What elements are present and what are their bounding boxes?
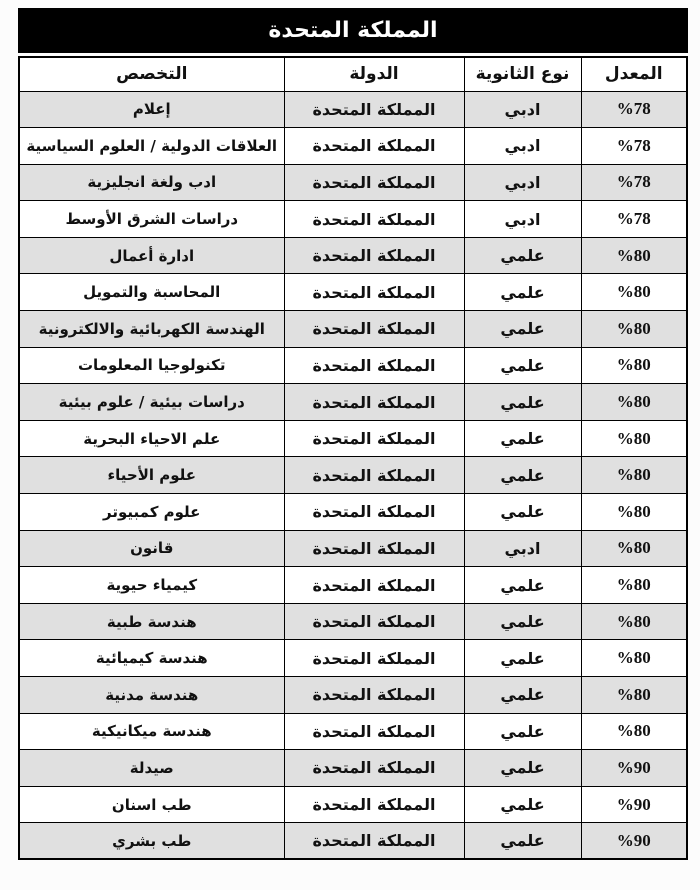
cell-rate: %78: [581, 128, 687, 165]
cell-country: المملكة المتحدة: [284, 201, 464, 238]
cell-school_type: علمي: [464, 420, 581, 457]
cell-major: المحاسبة والتمويل: [19, 274, 284, 311]
cell-major: طب اسنان: [19, 786, 284, 823]
cell-major: دراسات بيئية / علوم بيئية: [19, 384, 284, 421]
cell-rate: %90: [581, 823, 687, 860]
cell-country: المملكة المتحدة: [284, 640, 464, 677]
cell-country: المملكة المتحدة: [284, 237, 464, 274]
table-body: %78ادبيالمملكة المتحدةإعلام%78ادبيالمملك…: [19, 91, 687, 859]
cell-school_type: ادبي: [464, 128, 581, 165]
table-title-bar: المملكة المتحدة: [18, 8, 688, 53]
cell-school_type: علمي: [464, 823, 581, 860]
cell-rate: %80: [581, 457, 687, 494]
cell-major: تكنولوجيا المعلومات: [19, 347, 284, 384]
cell-school_type: علمي: [464, 713, 581, 750]
table-row: %80علميالمملكة المتحدةعلوم كمبيوتر: [19, 494, 687, 531]
cell-country: المملكة المتحدة: [284, 164, 464, 201]
cell-school_type: علمي: [464, 786, 581, 823]
cell-school_type: ادبي: [464, 201, 581, 238]
table-row: %78ادبيالمملكة المتحدةإعلام: [19, 91, 687, 128]
cell-school_type: ادبي: [464, 91, 581, 128]
cell-rate: %80: [581, 347, 687, 384]
cell-rate: %80: [581, 713, 687, 750]
table-row: %80علميالمملكة المتحدةالهندسة الكهربائية…: [19, 311, 687, 348]
table-row: %80علميالمملكة المتحدةادارة أعمال: [19, 237, 687, 274]
cell-country: المملكة المتحدة: [284, 457, 464, 494]
cell-rate: %80: [581, 494, 687, 531]
cell-school_type: علمي: [464, 750, 581, 787]
table-row: %80علميالمملكة المتحدةكيمياء حيوية: [19, 567, 687, 604]
cell-major: هندسة مدنية: [19, 677, 284, 714]
cell-major: كيمياء حيوية: [19, 567, 284, 604]
cell-school_type: علمي: [464, 494, 581, 531]
cell-major: الهندسة الكهربائية والالكترونية: [19, 311, 284, 348]
cell-country: المملكة المتحدة: [284, 786, 464, 823]
table-header-row: المعدل نوع الثانوية الدولة التخصص: [19, 57, 687, 91]
cell-country: المملكة المتحدة: [284, 311, 464, 348]
table-row: %90علميالمملكة المتحدةطب بشري: [19, 823, 687, 860]
cell-school_type: علمي: [464, 677, 581, 714]
cell-school_type: علمي: [464, 274, 581, 311]
header-country: الدولة: [284, 57, 464, 91]
table-title: المملكة المتحدة: [268, 18, 437, 43]
cell-rate: %78: [581, 91, 687, 128]
cell-country: المملكة المتحدة: [284, 347, 464, 384]
cell-rate: %80: [581, 567, 687, 604]
table-row: %78ادبيالمملكة المتحدةالعلاقات الدولية /…: [19, 128, 687, 165]
cell-rate: %90: [581, 786, 687, 823]
table-row: %80علميالمملكة المتحدةدراسات بيئية / علو…: [19, 384, 687, 421]
table-row: %78ادبيالمملكة المتحدةدراسات الشرق الأوس…: [19, 201, 687, 238]
cell-rate: %80: [581, 603, 687, 640]
header-rate: المعدل: [581, 57, 687, 91]
header-school-type: نوع الثانوية: [464, 57, 581, 91]
cell-school_type: ادبي: [464, 164, 581, 201]
cell-major: العلاقات الدولية / العلوم السياسية: [19, 128, 284, 165]
table-row: %78ادبيالمملكة المتحدةادب ولغة انجليزية: [19, 164, 687, 201]
cell-rate: %80: [581, 420, 687, 457]
table-head: المعدل نوع الثانوية الدولة التخصص: [19, 57, 687, 91]
cell-school_type: علمي: [464, 640, 581, 677]
cell-school_type: علمي: [464, 347, 581, 384]
table-row: %80علميالمملكة المتحدةهندسة ميكانيكية: [19, 713, 687, 750]
table-row: %80علميالمملكة المتحدةهندسة مدنية: [19, 677, 687, 714]
cell-major: هندسة كيميائية: [19, 640, 284, 677]
cell-major: علوم الأحياء: [19, 457, 284, 494]
cell-country: المملكة المتحدة: [284, 750, 464, 787]
table-row: %90علميالمملكة المتحدةصيدلة: [19, 750, 687, 787]
cell-major: صيدلة: [19, 750, 284, 787]
cell-school_type: علمي: [464, 311, 581, 348]
cell-major: علوم كمبيوتر: [19, 494, 284, 531]
cell-country: المملكة المتحدة: [284, 677, 464, 714]
cell-school_type: علمي: [464, 567, 581, 604]
cell-major: هندسة ميكانيكية: [19, 713, 284, 750]
table-row: %80علميالمملكة المتحدةهندسة طبية: [19, 603, 687, 640]
cell-rate: %80: [581, 311, 687, 348]
cell-rate: %80: [581, 274, 687, 311]
cell-country: المملكة المتحدة: [284, 567, 464, 604]
cell-rate: %80: [581, 640, 687, 677]
header-major: التخصص: [19, 57, 284, 91]
cell-country: المملكة المتحدة: [284, 713, 464, 750]
cell-school_type: علمي: [464, 384, 581, 421]
table-row: %90علميالمملكة المتحدةطب اسنان: [19, 786, 687, 823]
cell-country: المملكة المتحدة: [284, 384, 464, 421]
cell-rate: %80: [581, 677, 687, 714]
cell-major: قانون: [19, 530, 284, 567]
cell-school_type: علمي: [464, 457, 581, 494]
cell-major: دراسات الشرق الأوسط: [19, 201, 284, 238]
admissions-table: المعدل نوع الثانوية الدولة التخصص %78ادب…: [18, 56, 688, 860]
cell-rate: %78: [581, 164, 687, 201]
cell-major: طب بشري: [19, 823, 284, 860]
table-row: %80علميالمملكة المتحدةتكنولوجيا المعلوما…: [19, 347, 687, 384]
table-row: %80علميالمملكة المتحدةعلوم الأحياء: [19, 457, 687, 494]
cell-country: المملكة المتحدة: [284, 530, 464, 567]
table-row: %80علميالمملكة المتحدةعلم الاحياء البحري…: [19, 420, 687, 457]
cell-country: المملكة المتحدة: [284, 603, 464, 640]
cell-major: هندسة طبية: [19, 603, 284, 640]
cell-country: المملكة المتحدة: [284, 494, 464, 531]
cell-major: ادارة أعمال: [19, 237, 284, 274]
table-row: %80ادبيالمملكة المتحدةقانون: [19, 530, 687, 567]
cell-school_type: علمي: [464, 237, 581, 274]
cell-major: إعلام: [19, 91, 284, 128]
cell-school_type: علمي: [464, 603, 581, 640]
cell-rate: %90: [581, 750, 687, 787]
cell-school_type: ادبي: [464, 530, 581, 567]
cell-major: ادب ولغة انجليزية: [19, 164, 284, 201]
cell-rate: %80: [581, 384, 687, 421]
cell-rate: %80: [581, 237, 687, 274]
table-row: %80علميالمملكة المتحدةالمحاسبة والتمويل: [19, 274, 687, 311]
cell-country: المملكة المتحدة: [284, 274, 464, 311]
page: المملكة المتحدة المعدل نوع الثانوية الدو…: [0, 0, 700, 890]
cell-country: المملكة المتحدة: [284, 91, 464, 128]
cell-rate: %80: [581, 530, 687, 567]
cell-major: علم الاحياء البحرية: [19, 420, 284, 457]
cell-country: المملكة المتحدة: [284, 823, 464, 860]
cell-rate: %78: [581, 201, 687, 238]
cell-country: المملكة المتحدة: [284, 420, 464, 457]
table-row: %80علميالمملكة المتحدةهندسة كيميائية: [19, 640, 687, 677]
cell-country: المملكة المتحدة: [284, 128, 464, 165]
